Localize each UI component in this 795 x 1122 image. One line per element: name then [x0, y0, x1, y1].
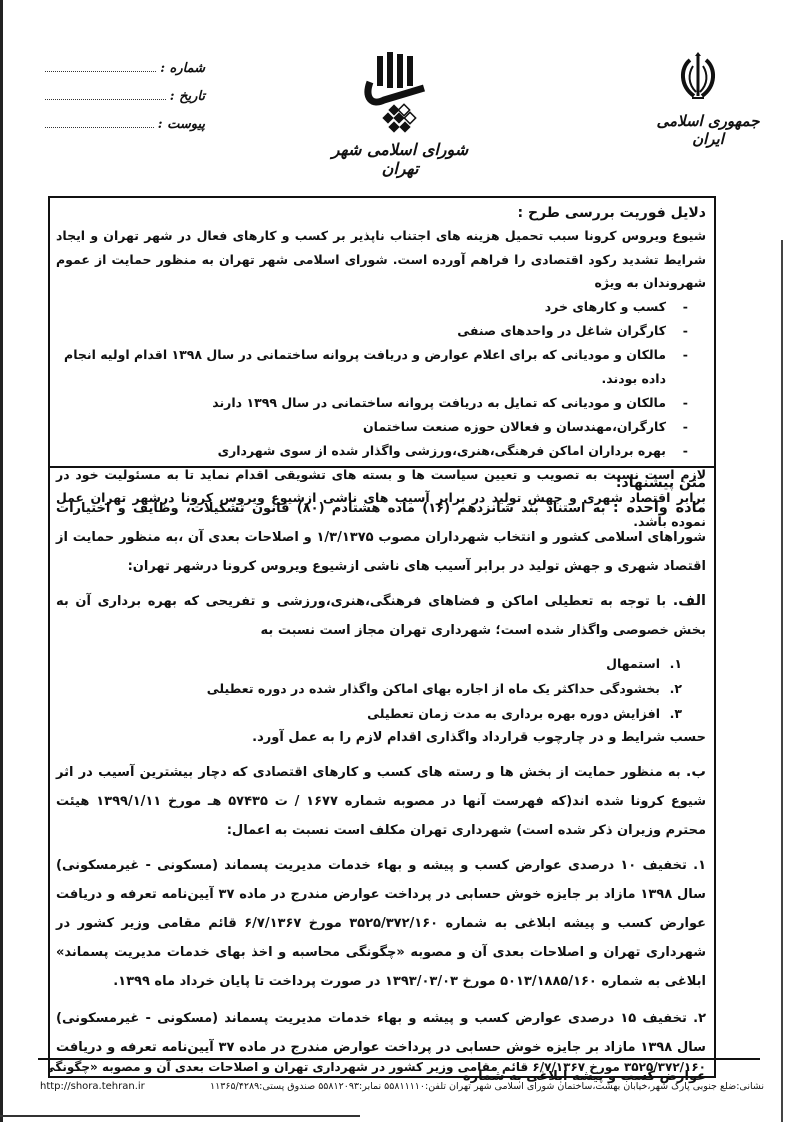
clause-a-text: با توجه به تعطیلی اماکن و فضاهای فرهنگی،…	[56, 594, 706, 638]
document-page: جمهوری اسلامی ایران شورای اسلامی شهر تهر…	[0, 0, 795, 1122]
ref-number-field	[45, 60, 156, 72]
item-text: استمهال	[606, 656, 660, 671]
footer-address-block: نشانی:ضلع جنوبی پارک شهر،خیابان بهشت،ساخ…	[40, 1081, 764, 1097]
list-item: کارگران،مهندسان و فعالان حوزه صنعت ساختم…	[56, 415, 688, 439]
list-item: ۲.بخشودگی حداکثر یک ماه از اجاره بهای ام…	[56, 676, 682, 701]
single-article-lead: ماده واحده :	[613, 500, 706, 516]
logo-caption: شورای اسلامی شهر تهران	[330, 140, 470, 178]
item-text: افزایش دوره بهره برداری به مدت زمان تعطی…	[367, 706, 660, 721]
ref-attachment-field	[45, 116, 154, 128]
clause-b-item-1: ۱. تخفیف ۱۰ درصدی عوارض کسب و پیشه و بها…	[56, 851, 706, 996]
item-number: ۲.	[660, 676, 682, 701]
list-item: کارگران شاغل در واحدهای صنفی	[56, 319, 688, 343]
ref-date-row: تاریخ :	[45, 88, 205, 116]
emblem-caption: جمهوری اسلامی ایران	[648, 112, 768, 148]
item-number: ۱.	[660, 651, 682, 676]
list-item: بهره برداران اماکن فرهنگی،هنری،ورزشی واگ…	[56, 439, 688, 463]
iran-emblem-icon	[676, 52, 720, 102]
urgency-intro: شیوع ویروس کرونا سبب تحمیل هزینه های اجت…	[56, 224, 706, 295]
scan-edge	[0, 1115, 360, 1117]
urgency-heading: دلایل فوریت بررسی طرح :	[56, 202, 706, 224]
footer-url-link[interactable]: http://shora.tehran.ir	[40, 1081, 145, 1097]
clause-b: ب. به منظور حمایت از بخش ها و رسته های ک…	[56, 758, 706, 845]
ref-date-field	[45, 88, 166, 100]
beneficiary-list: کسب و کارهای خرد کارگران شاغل در واحدهای…	[56, 295, 706, 463]
proposal-section: متن پیشنهاد: ماده واحده : به استناد بند …	[50, 468, 714, 1101]
ref-attachment-label: پیوست :	[158, 117, 205, 132]
clause-b-text: به منظور حمایت از بخش ها و رسته های کسب …	[56, 765, 706, 838]
ref-attachment-row: پیوست :	[45, 116, 205, 144]
clause-a-lead: الف.	[673, 593, 706, 609]
reference-fields: شماره : تاریخ : پیوست :	[45, 60, 205, 144]
list-item: ۳.افزایش دوره بهره برداری به مدت زمان تع…	[56, 701, 682, 726]
clause-a-list: ۱.استمهال ۲.بخشودگی حداکثر یک ماه از اجا…	[56, 651, 706, 726]
tehran-council-logo-icon	[362, 48, 432, 138]
item-number: ۳.	[660, 701, 682, 726]
clause-a: الف. با توجه به تعطیلی اماکن و فضاهای فر…	[56, 587, 706, 645]
urgency-section: دلایل فوریت بررسی طرح : شیوع ویروس کرونا…	[50, 198, 714, 468]
clause-b-lead: ب.	[686, 764, 706, 780]
list-item: ۱.استمهال	[56, 651, 682, 676]
ref-date-label: تاریخ :	[170, 89, 205, 104]
content-box: دلایل فوریت بررسی طرح : شیوع ویروس کرونا…	[48, 196, 716, 1076]
list-item: مالکان و مودیانی که تمایل به دریافت پروا…	[56, 391, 688, 415]
clause-a-closing: حسب شرایط و در چارچوب قرارداد واگذاری اق…	[56, 726, 706, 750]
scan-edge	[0, 0, 3, 1122]
list-item: کسب و کارهای خرد	[56, 295, 688, 319]
single-article: ماده واحده : به استناد بند شانزدهم (۱۶) …	[56, 494, 706, 581]
item-text: بخشودگی حداکثر یک ماه از اجاره بهای اماک…	[207, 681, 660, 696]
list-item: مالکان و مودیانی که برای اعلام عوارض و د…	[56, 343, 688, 391]
scan-edge	[781, 240, 783, 1122]
overflow-line: ۳۵۲۵/۳۷۲/۱۶۰ مورخ ۶/۷/۱۳۶۷ قائم مقامی وز…	[48, 1058, 716, 1078]
single-article-text: به استناد بند شانزدهم (۱۶) ماده هشتادم (…	[56, 501, 706, 574]
ref-number-row: شماره :	[45, 60, 205, 88]
footer-address: نشانی:ضلع جنوبی پارک شهر،خیابان بهشت،ساخ…	[210, 1081, 764, 1097]
ref-number-label: شماره :	[160, 61, 205, 76]
